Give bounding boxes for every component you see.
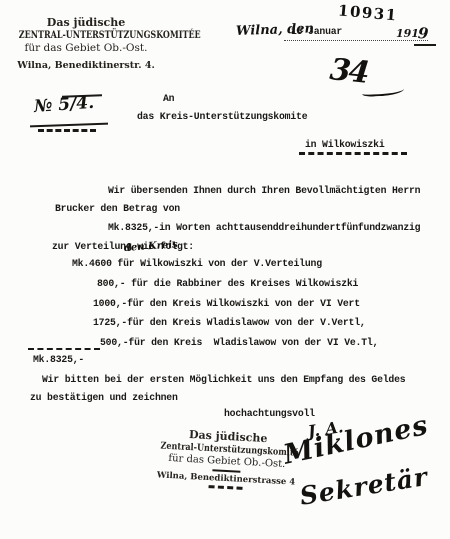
- closing-line-1: Wir bitten bei der ersten Möglichkeit un…: [42, 374, 405, 385]
- date-year-printed: 191: [396, 27, 419, 40]
- total-amount: Mk.8325,-: [33, 354, 84, 365]
- distribution-item: 1000,-für den Kreis Wilkowiszki von der …: [93, 298, 360, 309]
- distribution-item: 800,- für die Rabbiner des Kreises Wilko…: [97, 278, 358, 289]
- sender-stamp-line2: ZENTRAL-UNTERSTÜTZUNGSKOMITÉE: [19, 30, 153, 43]
- total-separator-line: [28, 348, 100, 350]
- distribution-item: 500,-für den Kreis Wladislawow von der V…: [100, 337, 378, 348]
- file-note-swoosh: [362, 85, 404, 97]
- ref-underline-1: [30, 123, 108, 127]
- date-year-handwritten: 9: [417, 24, 429, 43]
- sender-stamp: Das jüdische ZENTRAL-UNTERSTÜTZUNGSKOMIT…: [2, 16, 170, 72]
- recipient-location: in Wilkowiszki: [305, 139, 385, 150]
- scanned-letter-page: Das jüdische ZENTRAL-UNTERSTÜTZUNGSKOMIT…: [0, 0, 450, 539]
- footer-stamp-ornament-2: [208, 485, 242, 490]
- date-typed: 15 Januar: [291, 26, 342, 37]
- year-underline: [414, 44, 436, 46]
- recipient-underline: [299, 152, 407, 155]
- date-underline: [284, 40, 428, 41]
- registry-number-stamp: 10931: [337, 1, 398, 24]
- sender-stamp-line3: für das Gebiet Ob.-Ost.: [2, 42, 170, 55]
- file-note-handwritten: 34: [328, 52, 369, 91]
- sender-stamp-line1: Das jüdische: [2, 16, 170, 30]
- body-line-2: Brucker den Betrag von: [55, 203, 180, 214]
- signature-title: Sekretär: [298, 462, 430, 511]
- salutation: hochachtungsvoll: [224, 408, 315, 419]
- distribution-item: Mk.4600 für Wilkowiszki von der V.Vertei…: [72, 258, 322, 269]
- recipient-to-label: An: [163, 93, 174, 104]
- distribution-item: 1725,-für den Kreis Wladislawow von der …: [93, 317, 366, 328]
- amount-in-words-line: Mk.8325,-in Worten achttausenddreihunder…: [108, 222, 420, 233]
- footer-stamp-ornament-1: [212, 469, 240, 472]
- body-line-1: Wir übersenden Ihnen durch Ihren Bevollm…: [108, 185, 420, 196]
- ref-number-handwritten: № 5/4.: [33, 93, 94, 117]
- sender-stamp-line4: Wilna, Benediktinerstr. 4.: [2, 60, 170, 72]
- footer-stamp: Das jüdische Zentral-Unterstützungskomit…: [147, 426, 308, 493]
- closing-line-2: zu bestätigen und zeichnen: [30, 392, 178, 403]
- recipient-committee: das Kreis-Unterstützungskomite: [137, 111, 307, 122]
- ref-underline-2: [38, 129, 96, 132]
